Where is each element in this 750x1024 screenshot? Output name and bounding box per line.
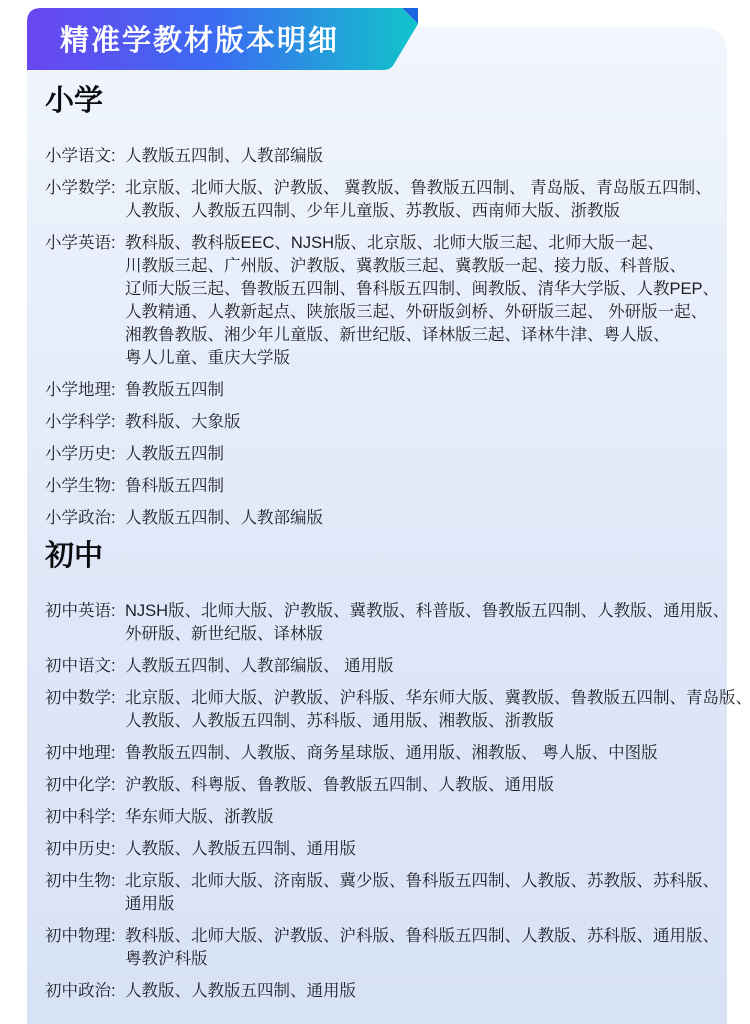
- row-label: 小学地理:: [45, 379, 125, 402]
- row-content: NJSH版、北师大版、沪教版、冀教版、科普版、鲁教版五四制、人教版、通用版、外研…: [125, 600, 729, 646]
- row-line: 北京版、北师大版、济南版、冀少版、鲁科版五四制、人教版、苏教版、苏科版、: [125, 870, 719, 893]
- row-line: 鲁教版五四制: [125, 379, 705, 402]
- row-label: 小学语文:: [45, 145, 125, 168]
- row-content: 北京版、北师大版、沪教版、沪科版、华东师大版、冀教版、鲁教版五四制、青岛版、人教…: [125, 687, 750, 733]
- textbook-row: 小学政治:人教版五四制、人教部编版: [45, 507, 705, 530]
- row-content: 人教版、人教版五四制、通用版: [125, 980, 705, 1003]
- textbook-row: 初中生物:北京版、北师大版、济南版、冀少版、鲁科版五四制、人教版、苏教版、苏科版…: [45, 870, 705, 916]
- row-line: 人教版五四制、人教部编版: [125, 507, 705, 530]
- row-content: 教科版、大象版: [125, 411, 705, 434]
- row-line: 教科版、大象版: [125, 411, 705, 434]
- row-label: 初中英语:: [45, 600, 125, 623]
- sections-container: 小学小学语文:人教版五四制、人教部编版小学数学:北京版、北师大版、沪教版、 冀教…: [45, 84, 705, 1012]
- banner-title: 精准学教材版本明细: [60, 8, 339, 68]
- textbook-row: 小学英语:教科版、教科版EEC、NJSH版、北京版、北师大版三起、北师大版一起、…: [45, 232, 705, 370]
- row-line: 通用版: [125, 893, 719, 916]
- row-line: 湘教鲁教版、湘少年儿童版、新世纪版、译林版三起、译林牛津、粤人版、: [125, 324, 719, 347]
- row-label: 初中政治:: [45, 980, 125, 1003]
- row-content: 鲁教版五四制: [125, 379, 705, 402]
- textbook-row: 小学语文:人教版五四制、人教部编版: [45, 145, 705, 168]
- row-line: 人教版、人教版五四制、通用版: [125, 980, 705, 1003]
- row-line: 外研版、新世纪版、译林版: [125, 623, 729, 646]
- row-content: 沪教版、科粤版、鲁教版、鲁教版五四制、人教版、通用版: [125, 774, 705, 797]
- row-content: 人教版、人教版五四制、通用版: [125, 838, 705, 861]
- row-label: 小学英语:: [45, 232, 125, 255]
- row-label: 初中生物:: [45, 870, 125, 893]
- row-line: 人教版五四制: [125, 443, 705, 466]
- row-content: 教科版、教科版EEC、NJSH版、北京版、北师大版三起、北师大版一起、川教版三起…: [125, 232, 719, 370]
- row-label: 小学历史:: [45, 443, 125, 466]
- row-line: 人教精通、人教新起点、陕旅版三起、外研版剑桥、外研版三起、 外研版一起、: [125, 301, 719, 324]
- row-line: 川教版三起、广州版、沪教版、冀教版三起、冀教版一起、接力版、科普版、: [125, 255, 719, 278]
- row-line: 人教版五四制、人教部编版: [125, 145, 705, 168]
- row-content: 人教版五四制、人教部编版: [125, 507, 705, 530]
- row-content: 人教版五四制、人教部编版、 通用版: [125, 655, 705, 678]
- row-line: 人教版五四制、人教部编版、 通用版: [125, 655, 705, 678]
- row-line: 人教版、人教版五四制、少年儿童版、苏教版、西南师大版、浙教版: [125, 200, 712, 223]
- textbook-row: 小学历史:人教版五四制: [45, 443, 705, 466]
- row-line: 北京版、北师大版、沪教版、沪科版、华东师大版、冀教版、鲁教版五四制、青岛版、: [125, 687, 750, 710]
- row-content: 北京版、北师大版、济南版、冀少版、鲁科版五四制、人教版、苏教版、苏科版、通用版: [125, 870, 719, 916]
- row-line: 沪教版、科粤版、鲁教版、鲁教版五四制、人教版、通用版: [125, 774, 705, 797]
- row-line: 粤教沪科版: [125, 948, 719, 971]
- textbook-row: 小学地理:鲁教版五四制: [45, 379, 705, 402]
- row-line: NJSH版、北师大版、沪教版、冀教版、科普版、鲁教版五四制、人教版、通用版、: [125, 600, 729, 623]
- textbook-row: 初中化学:沪教版、科粤版、鲁教版、鲁教版五四制、人教版、通用版: [45, 774, 705, 797]
- row-content: 人教版五四制、人教部编版: [125, 145, 705, 168]
- row-content: 华东师大版、浙教版: [125, 806, 705, 829]
- row-label: 初中语文:: [45, 655, 125, 678]
- row-line: 北京版、北师大版、沪教版、 冀教版、鲁教版五四制、 青岛版、青岛版五四制、: [125, 177, 712, 200]
- row-line: 鲁科版五四制: [125, 475, 705, 498]
- row-label: 初中科学:: [45, 806, 125, 829]
- row-line: 辽师大版三起、鲁教版五四制、鲁科版五四制、闽教版、清华大学版、人教PEP、: [125, 278, 719, 301]
- textbook-row: 初中地理:鲁教版五四制、人教版、商务星球版、通用版、湘教版、 粤人版、中图版: [45, 742, 705, 765]
- row-label: 小学数学:: [45, 177, 125, 200]
- row-content: 鲁教版五四制、人教版、商务星球版、通用版、湘教版、 粤人版、中图版: [125, 742, 705, 765]
- textbook-row: 初中英语:NJSH版、北师大版、沪教版、冀教版、科普版、鲁教版五四制、人教版、通…: [45, 600, 705, 646]
- row-content: 鲁科版五四制: [125, 475, 705, 498]
- row-line: 人教版、人教版五四制、苏科版、通用版、湘教版、浙教版: [125, 710, 750, 733]
- textbook-row: 初中历史:人教版、人教版五四制、通用版: [45, 838, 705, 861]
- row-label: 小学政治:: [45, 507, 125, 530]
- textbook-row: 初中数学:北京版、北师大版、沪教版、沪科版、华东师大版、冀教版、鲁教版五四制、青…: [45, 687, 705, 733]
- row-line: 教科版、教科版EEC、NJSH版、北京版、北师大版三起、北师大版一起、: [125, 232, 719, 255]
- page: 精准学教材版本明细 小学小学语文:人教版五四制、人教部编版小学数学:北京版、北师…: [0, 0, 750, 1024]
- section-heading: 初中: [45, 539, 705, 574]
- row-content: 人教版五四制: [125, 443, 705, 466]
- textbook-row: 初中物理:教科版、北师大版、沪教版、沪科版、鲁科版五四制、人教版、苏科版、通用版…: [45, 925, 705, 971]
- section-heading: 小学: [45, 84, 705, 119]
- textbook-row: 初中科学:华东师大版、浙教版: [45, 806, 705, 829]
- textbook-row: 小学生物:鲁科版五四制: [45, 475, 705, 498]
- row-label: 小学生物:: [45, 475, 125, 498]
- textbook-row: 初中政治:人教版、人教版五四制、通用版: [45, 980, 705, 1003]
- textbook-row: 小学数学:北京版、北师大版、沪教版、 冀教版、鲁教版五四制、 青岛版、青岛版五四…: [45, 177, 705, 223]
- row-line: 华东师大版、浙教版: [125, 806, 705, 829]
- row-label: 初中数学:: [45, 687, 125, 710]
- row-label: 小学科学:: [45, 411, 125, 434]
- row-label: 初中地理:: [45, 742, 125, 765]
- row-content: 教科版、北师大版、沪教版、沪科版、鲁科版五四制、人教版、苏科版、通用版、粤教沪科…: [125, 925, 719, 971]
- row-line: 人教版、人教版五四制、通用版: [125, 838, 705, 861]
- row-line: 鲁教版五四制、人教版、商务星球版、通用版、湘教版、 粤人版、中图版: [125, 742, 705, 765]
- row-label: 初中历史:: [45, 838, 125, 861]
- textbook-row: 小学科学:教科版、大象版: [45, 411, 705, 434]
- textbook-row: 初中语文:人教版五四制、人教部编版、 通用版: [45, 655, 705, 678]
- banner: 精准学教材版本明细: [27, 8, 427, 70]
- row-line: 教科版、北师大版、沪教版、沪科版、鲁科版五四制、人教版、苏科版、通用版、: [125, 925, 719, 948]
- row-content: 北京版、北师大版、沪教版、 冀教版、鲁教版五四制、 青岛版、青岛版五四制、人教版…: [125, 177, 712, 223]
- row-label: 初中化学:: [45, 774, 125, 797]
- row-label: 初中物理:: [45, 925, 125, 948]
- row-line: 粤人儿童、重庆大学版: [125, 347, 719, 370]
